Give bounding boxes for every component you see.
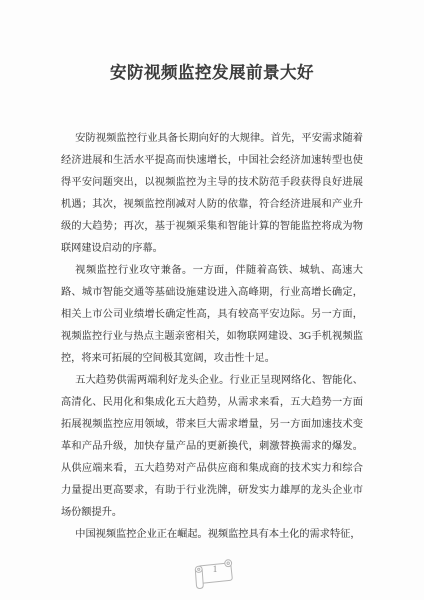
document-body: 安防视频监控行业具备长期向好的大规律。首先，平安需求随着经济进展和生活水平提高而… — [61, 128, 363, 546]
page-number: 1 — [202, 562, 228, 576]
document-page: 安防视频监控发展前景大好 安防视频监控行业具备长期向好的大规律。首先，平安需求随… — [0, 0, 424, 600]
document-title: 安防视频监控发展前景大好 — [0, 0, 424, 86]
paragraph: 安防视频监控行业具备长期向好的大规律。首先，平安需求随着经济进展和生活水平提高而… — [61, 128, 363, 260]
paragraph: 中国视频监控企业正在崛起。视频监控具有本土化的需求特征， — [61, 524, 363, 546]
paragraph: 视频监控行业攻守兼备。一方面，伴随着高铁、城轨、高速大路、城市智能交通等基础设施… — [61, 260, 363, 370]
page-number-ornament: 1 — [189, 556, 237, 594]
paragraph: 五大趋势供需两端利好龙头企业。行业正呈现网络化、智能化、高清化、民用化和集成化五… — [61, 370, 363, 524]
